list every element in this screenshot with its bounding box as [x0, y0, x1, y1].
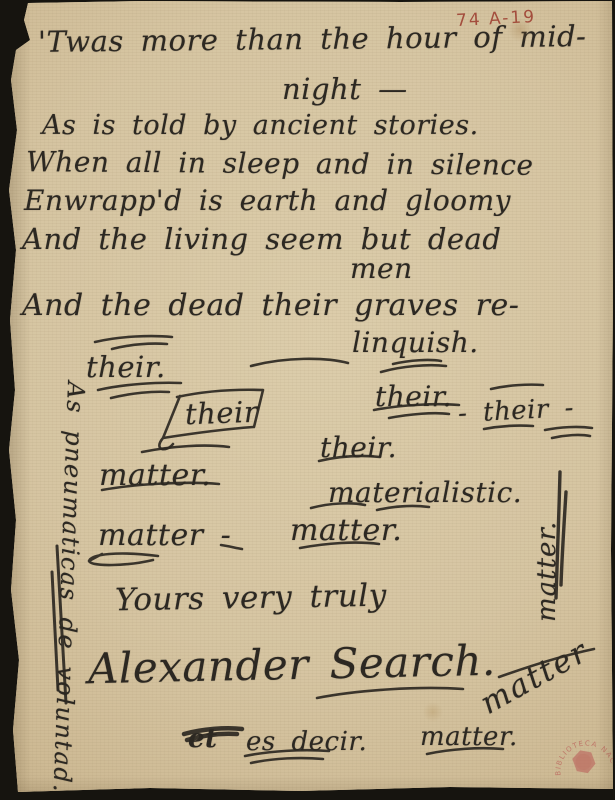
annotation-matter-right: matter. [290, 513, 402, 548]
poem-line-6: And the dead their graves re- [22, 288, 519, 323]
poem-line-2: As is told by ancient stories. [42, 110, 479, 141]
signature-closing: Yours very truly [115, 578, 387, 619]
poem-line-5-runover: men [350, 252, 413, 285]
poem-line-1-runover: night — [282, 72, 408, 106]
poem-line-6-runover: linquish. [352, 326, 479, 359]
signature-name: Alexander Search. [88, 636, 497, 694]
annotation-matter-bottom: matter. [420, 722, 518, 752]
poem-line-5: And the living seem but dead [22, 222, 501, 256]
annotation-their-right-1: their. [375, 380, 452, 413]
annotation-struck-word: et [188, 724, 218, 754]
long-dash-stroke [251, 359, 348, 366]
svg-text:BIBLIOTECA NACIONAL: BIBLIOTECA NACIONAL [541, 718, 615, 783]
margin-note-vertical: As pneumaticas de voluntad. [48, 381, 90, 794]
stamp-text: BIBLIOTECA NACIONAL [541, 718, 615, 783]
annotation-matter-vertical-right: matter. [532, 521, 562, 622]
manuscript-paper: 74 A-19 'Twas more than the hour of mid-… [0, 0, 615, 800]
annotation-matter-left-2: matter - [98, 518, 231, 553]
scanned-manuscript: 74 A-19 'Twas more than the hour of mid-… [0, 0, 615, 800]
poem-line-4: Enwrapp'd is earth and gloomy [24, 184, 511, 217]
annotation-their-right-2: their. [320, 431, 397, 464]
annotation-materialistic: materialistic. [328, 476, 522, 509]
annotation-matter-left-1: matter. [99, 458, 211, 493]
annotation-their-right-dashes: - their - [457, 393, 574, 429]
annotation-es-decir: es decir. [246, 727, 367, 757]
poem-line-3: When all in sleep and in silence [26, 145, 534, 182]
poem-line-1: 'Twas more than the hour of mid- [38, 19, 587, 59]
library-stamp: BIBLIOTECA NACIONAL [541, 718, 615, 800]
annotation-their-top-left: their. [86, 350, 166, 384]
search-underline [317, 688, 463, 698]
annotation-their-boxed: their [184, 395, 258, 432]
